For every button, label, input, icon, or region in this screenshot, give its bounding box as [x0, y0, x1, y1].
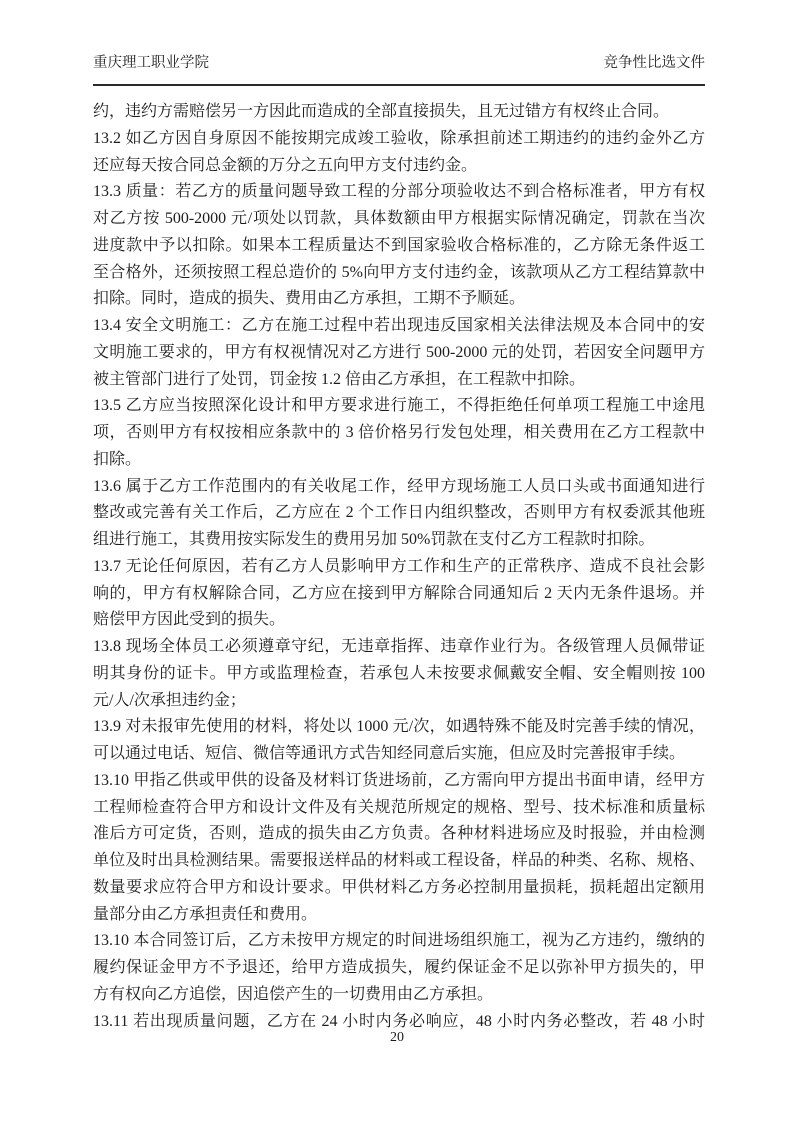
body-line: 13.9 对未报审先使用的材料，将处以 1000 元/次，如遇特殊不能及时完善手… — [93, 714, 705, 741]
body-line: 进度款中予以扣除。如果本工程质量达不到国家验收合格标准的，乙方除无条件返工 — [93, 233, 705, 260]
body-line: 项，否则甲方有权按相应条款中的 3 倍价格另行发包处理，相关费用在乙方工程款中 — [93, 420, 705, 447]
document-body: 约，违约方需赔偿另一方因此而造成的全部直接损失，且无过错方有权终止合同。13.2… — [93, 99, 705, 1035]
body-line: 响的，甲方有权解除合同，乙方应在接到甲方解除合同通知后 2 天内无条件退场。并 — [93, 581, 705, 608]
page-number: 20 — [390, 1030, 404, 1045]
body-line: 13.6 属于乙方工作范围内的有关收尾工作，经甲方现场施工人员口头或书面通知进行 — [93, 474, 705, 501]
body-line: 至合格外，还须按照工程总造价的 5%向甲方支付违约金，该款项从乙方工程结算款中 — [93, 260, 705, 287]
body-line: 对乙方按 500-2000 元/项处以罚款，具体数额由甲方根据实际情况确定，罚款… — [93, 206, 705, 233]
body-line: 扣除。同时，造成的损失、费用由乙方承担，工期不予顺延。 — [93, 286, 705, 313]
body-line: 履约保证金甲方不予退还，给甲方造成损失，履约保证金不足以弥补甲方损失的，甲 — [93, 955, 705, 982]
header-right-title: 竞争性比选文件 — [604, 53, 706, 73]
body-line: 13.10 甲指乙供或甲供的设备及材料订货进场前，乙方需向甲方提出书面申请，经甲… — [93, 768, 705, 795]
body-line: 扣除。 — [93, 447, 705, 474]
body-line: 工程师检查符合甲方和设计文件及有关规范所规定的规格、型号、技术标准和质量标 — [93, 795, 705, 822]
body-line: 13.10 本合同签订后，乙方未按甲方规定的时间进场组织施工，视为乙方违约，缴纳… — [93, 928, 705, 955]
body-line: 数量要求应符合甲方和设计要求。甲供材料乙方务必控制用量损耗，损耗超出定额用 — [93, 875, 705, 902]
body-line: 13.8 现场全体员工必须遵章守纪，无违章指挥、违章作业行为。各级管理人员佩带证 — [93, 634, 705, 661]
body-line: 整改或完善有关工作后，乙方应在 2 个工作日内组织整改，否则甲方有权委派其他班 — [93, 500, 705, 527]
body-line: 文明施工要求的，甲方有权视情况对乙方进行 500-2000 元的处罚，若因安全问… — [93, 340, 705, 367]
document-page: 重庆理工职业学院 竞争性比选文件 约，违约方需赔偿另一方因此而造成的全部直接损失… — [0, 0, 794, 1122]
body-line: 13.7 无论任何原因，若有乙方人员影响甲方工作和生产的正常秩序、造成不良社会影 — [93, 554, 705, 581]
body-line: 还应每天按合同总金额的万分之五向甲方支付违约金。 — [93, 153, 705, 180]
body-line: 量部分由乙方承担责任和费用。 — [93, 902, 705, 929]
body-line: 13.3 质量：若乙方的质量问题导致工程的分部分项验收达不到合格标准者，甲方有权 — [93, 179, 705, 206]
body-line: 13.2 如乙方因自身原因不能按期完成竣工验收，除承担前述工期违约的违约金外乙方 — [93, 126, 705, 153]
body-line: 方有权向乙方追偿，因追偿产生的一切费用由乙方承担。 — [93, 982, 705, 1009]
body-line: 可以通过电话、短信、微信等通讯方式告知经同意后实施，但应及时完善报审手续。 — [93, 741, 705, 768]
body-line: 赔偿甲方因此受到的损失。 — [93, 607, 705, 634]
body-line: 被主管部门进行了处罚，罚金按 1.2 倍由乙方承担，在工程款中扣除。 — [93, 367, 705, 394]
body-line: 约，违约方需赔偿另一方因此而造成的全部直接损失，且无过错方有权终止合同。 — [93, 99, 705, 126]
header-left-title: 重庆理工职业学院 — [93, 53, 209, 73]
body-line: 13.4 安全文明施工：乙方在施工过程中若出现违反国家相关法律法规及本合同中的安 — [93, 313, 705, 340]
body-line: 13.5 乙方应当按照深化设计和甲方要求进行施工，不得拒绝任何单项工程施工中途甩 — [93, 393, 705, 420]
body-line: 明其身份的证卡。甲方或监理检查，若承包人未按要求佩戴安全帽、安全帽则按 100 — [93, 661, 705, 688]
body-line: 单位及时出具检测结果。需要报送样品的材料或工程设备，样品的种类、名称、规格、 — [93, 848, 705, 875]
page-footer: 20 — [0, 1029, 794, 1047]
body-line: 组进行施工，其费用按实际发生的费用另加 50%罚款在支付乙方工程款时扣除。 — [93, 527, 705, 554]
body-line: 元/人/次承担违约金； — [93, 688, 705, 715]
body-line: 准后方可定货，否则，造成的损失由乙方负责。各种材料进场应及时报验，并由检测 — [93, 821, 705, 848]
page-header: 重庆理工职业学院 竞争性比选文件 — [93, 53, 705, 86]
